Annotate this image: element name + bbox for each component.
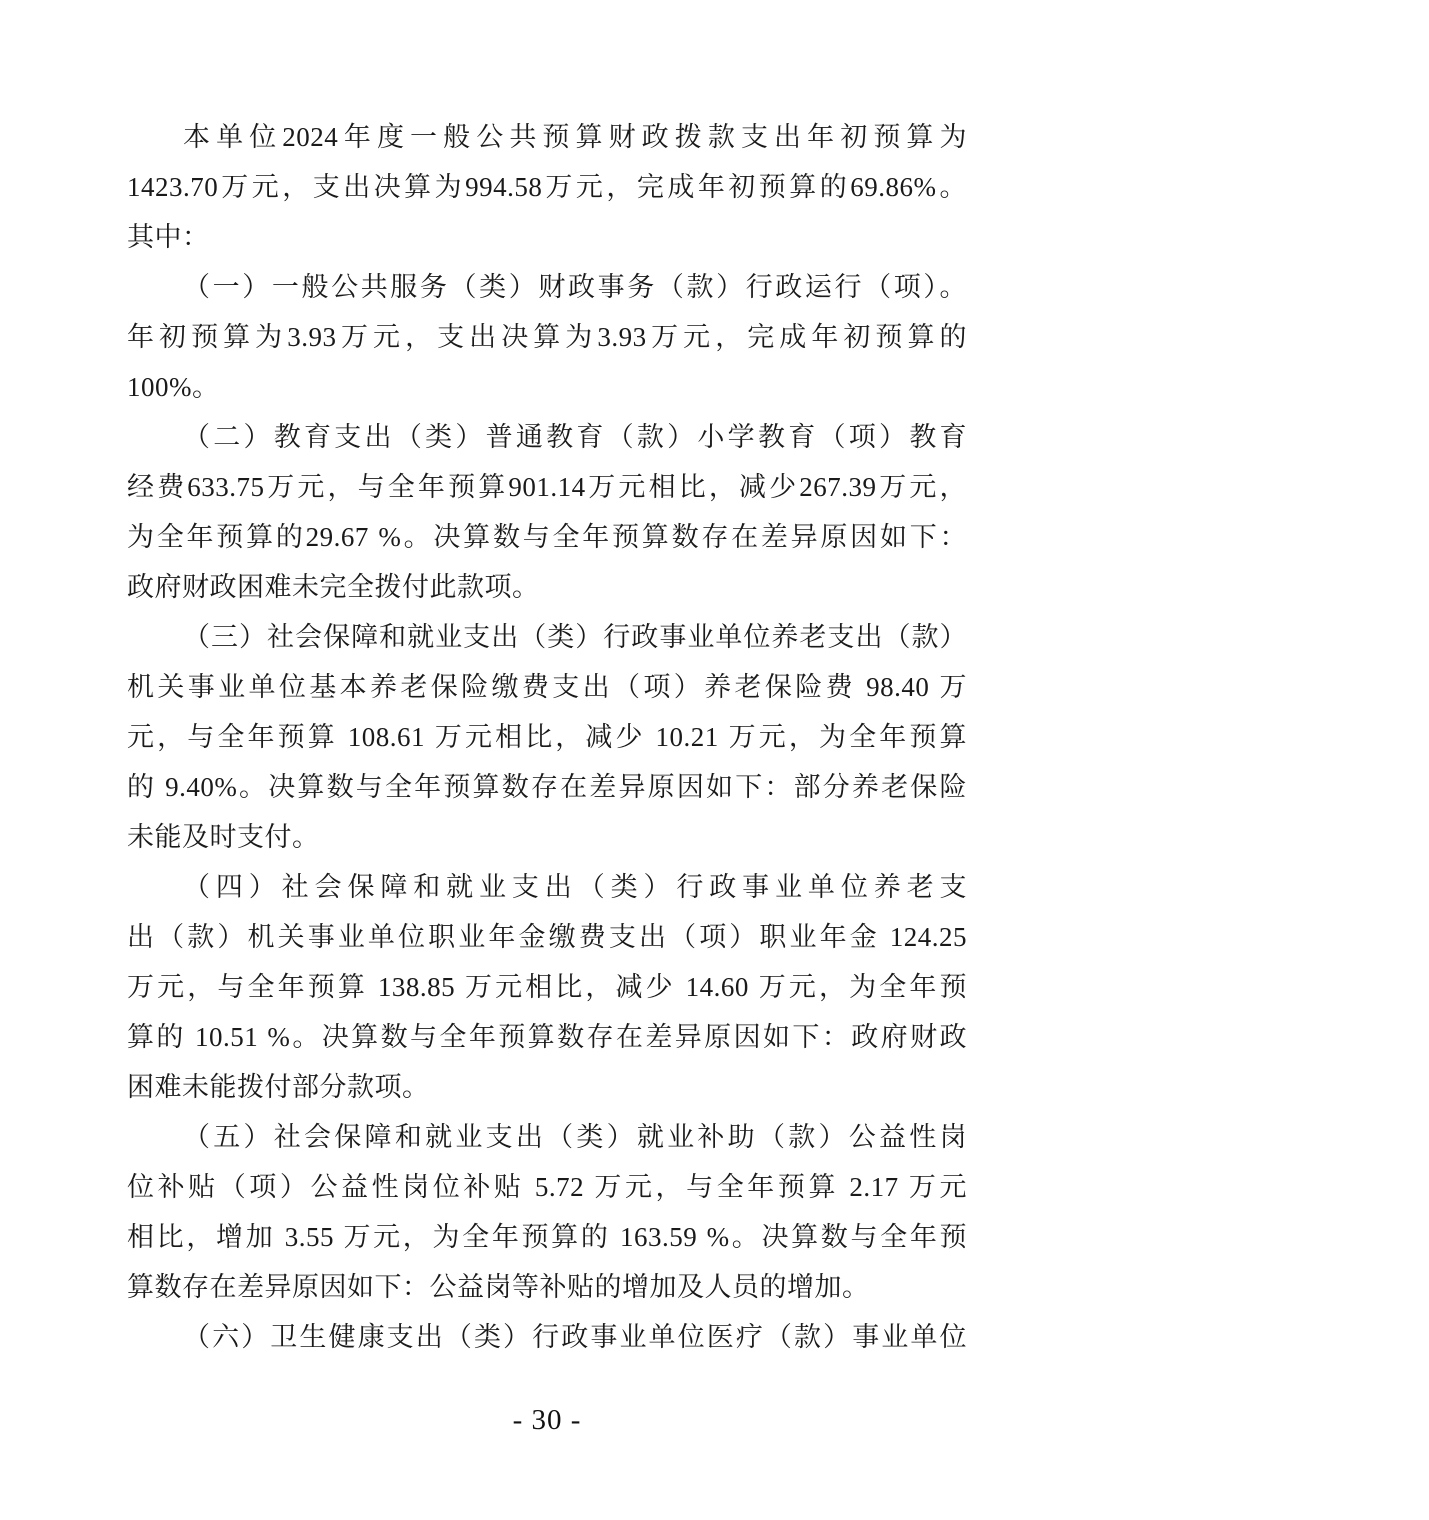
document-line: 机关事业单位基本养老保险缴费支出（项）养老保险费 98.40 万 (127, 662, 967, 712)
document-line: 万元，与全年预算 138.85 万元相比，减少 14.60 万元，为全年预 (127, 962, 967, 1012)
document-line: 1423.70万元，支出决算为994.58万元，完成年初预算的69.86%。 (127, 162, 967, 212)
document-line: 未能及时支付。 (127, 812, 967, 862)
document-line: 100%。 (127, 362, 967, 412)
page-body-text: 本单位2024年度一般公共预算财政拨款支出年初预算为 1423.70万元，支出决… (127, 112, 967, 1362)
document-line: 相比，增加 3.55 万元，为全年预算的 163.59 %。决算数与全年预 (127, 1212, 967, 1262)
document-line: 年初预算为3.93万元，支出决算为3.93万元，完成年初预算的 (127, 312, 967, 362)
document-page: 本单位2024年度一般公共预算财政拨款支出年初预算为 1423.70万元，支出决… (0, 0, 1429, 1520)
document-line: 为全年预算的29.67 %。决算数与全年预算数存在差异原因如下： (127, 512, 967, 562)
document-line: （三）社会保障和就业支出（类）行政事业单位养老支出（款） (127, 612, 967, 662)
document-line: 位补贴（项）公益性岗位补贴 5.72 万元，与全年预算 2.17 万元 (127, 1162, 967, 1212)
document-line: 算数存在差异原因如下：公益岗等补贴的增加及人员的增加。 (127, 1262, 967, 1312)
page-number: - 30 - (513, 1404, 582, 1436)
document-line: （五）社会保障和就业支出（类）就业补助（款）公益性岗 (127, 1112, 967, 1162)
document-line: 算的 10.51 %。决算数与全年预算数存在差异原因如下：政府财政 (127, 1012, 967, 1062)
document-line: 其中： (127, 212, 967, 262)
document-line: （六）卫生健康支出（类）行政事业单位医疗（款）事业单位 (127, 1312, 967, 1362)
document-line: 经费633.75万元，与全年预算901.14万元相比，减少267.39万元， (127, 462, 967, 512)
document-line: 元，与全年预算 108.61 万元相比，减少 10.21 万元，为全年预算 (127, 712, 967, 762)
document-line: 出（款）机关事业单位职业年金缴费支出（项）职业年金 124.25 (127, 912, 967, 962)
page-footer: - 30 - (127, 1398, 967, 1442)
document-line: 本单位2024年度一般公共预算财政拨款支出年初预算为 (127, 112, 967, 162)
document-line: （四）社会保障和就业支出（类）行政事业单位养老支 (127, 862, 967, 912)
document-line: （二）教育支出（类）普通教育（款）小学教育（项）教育 (127, 412, 967, 462)
document-line: 的 9.40%。决算数与全年预算数存在差异原因如下：部分养老保险 (127, 762, 967, 812)
document-line: 政府财政困难未完全拨付此款项。 (127, 562, 967, 612)
document-line: 困难未能拨付部分款项。 (127, 1062, 967, 1112)
document-line: （一）一般公共服务（类）财政事务（款）行政运行（项）。 (127, 262, 967, 312)
